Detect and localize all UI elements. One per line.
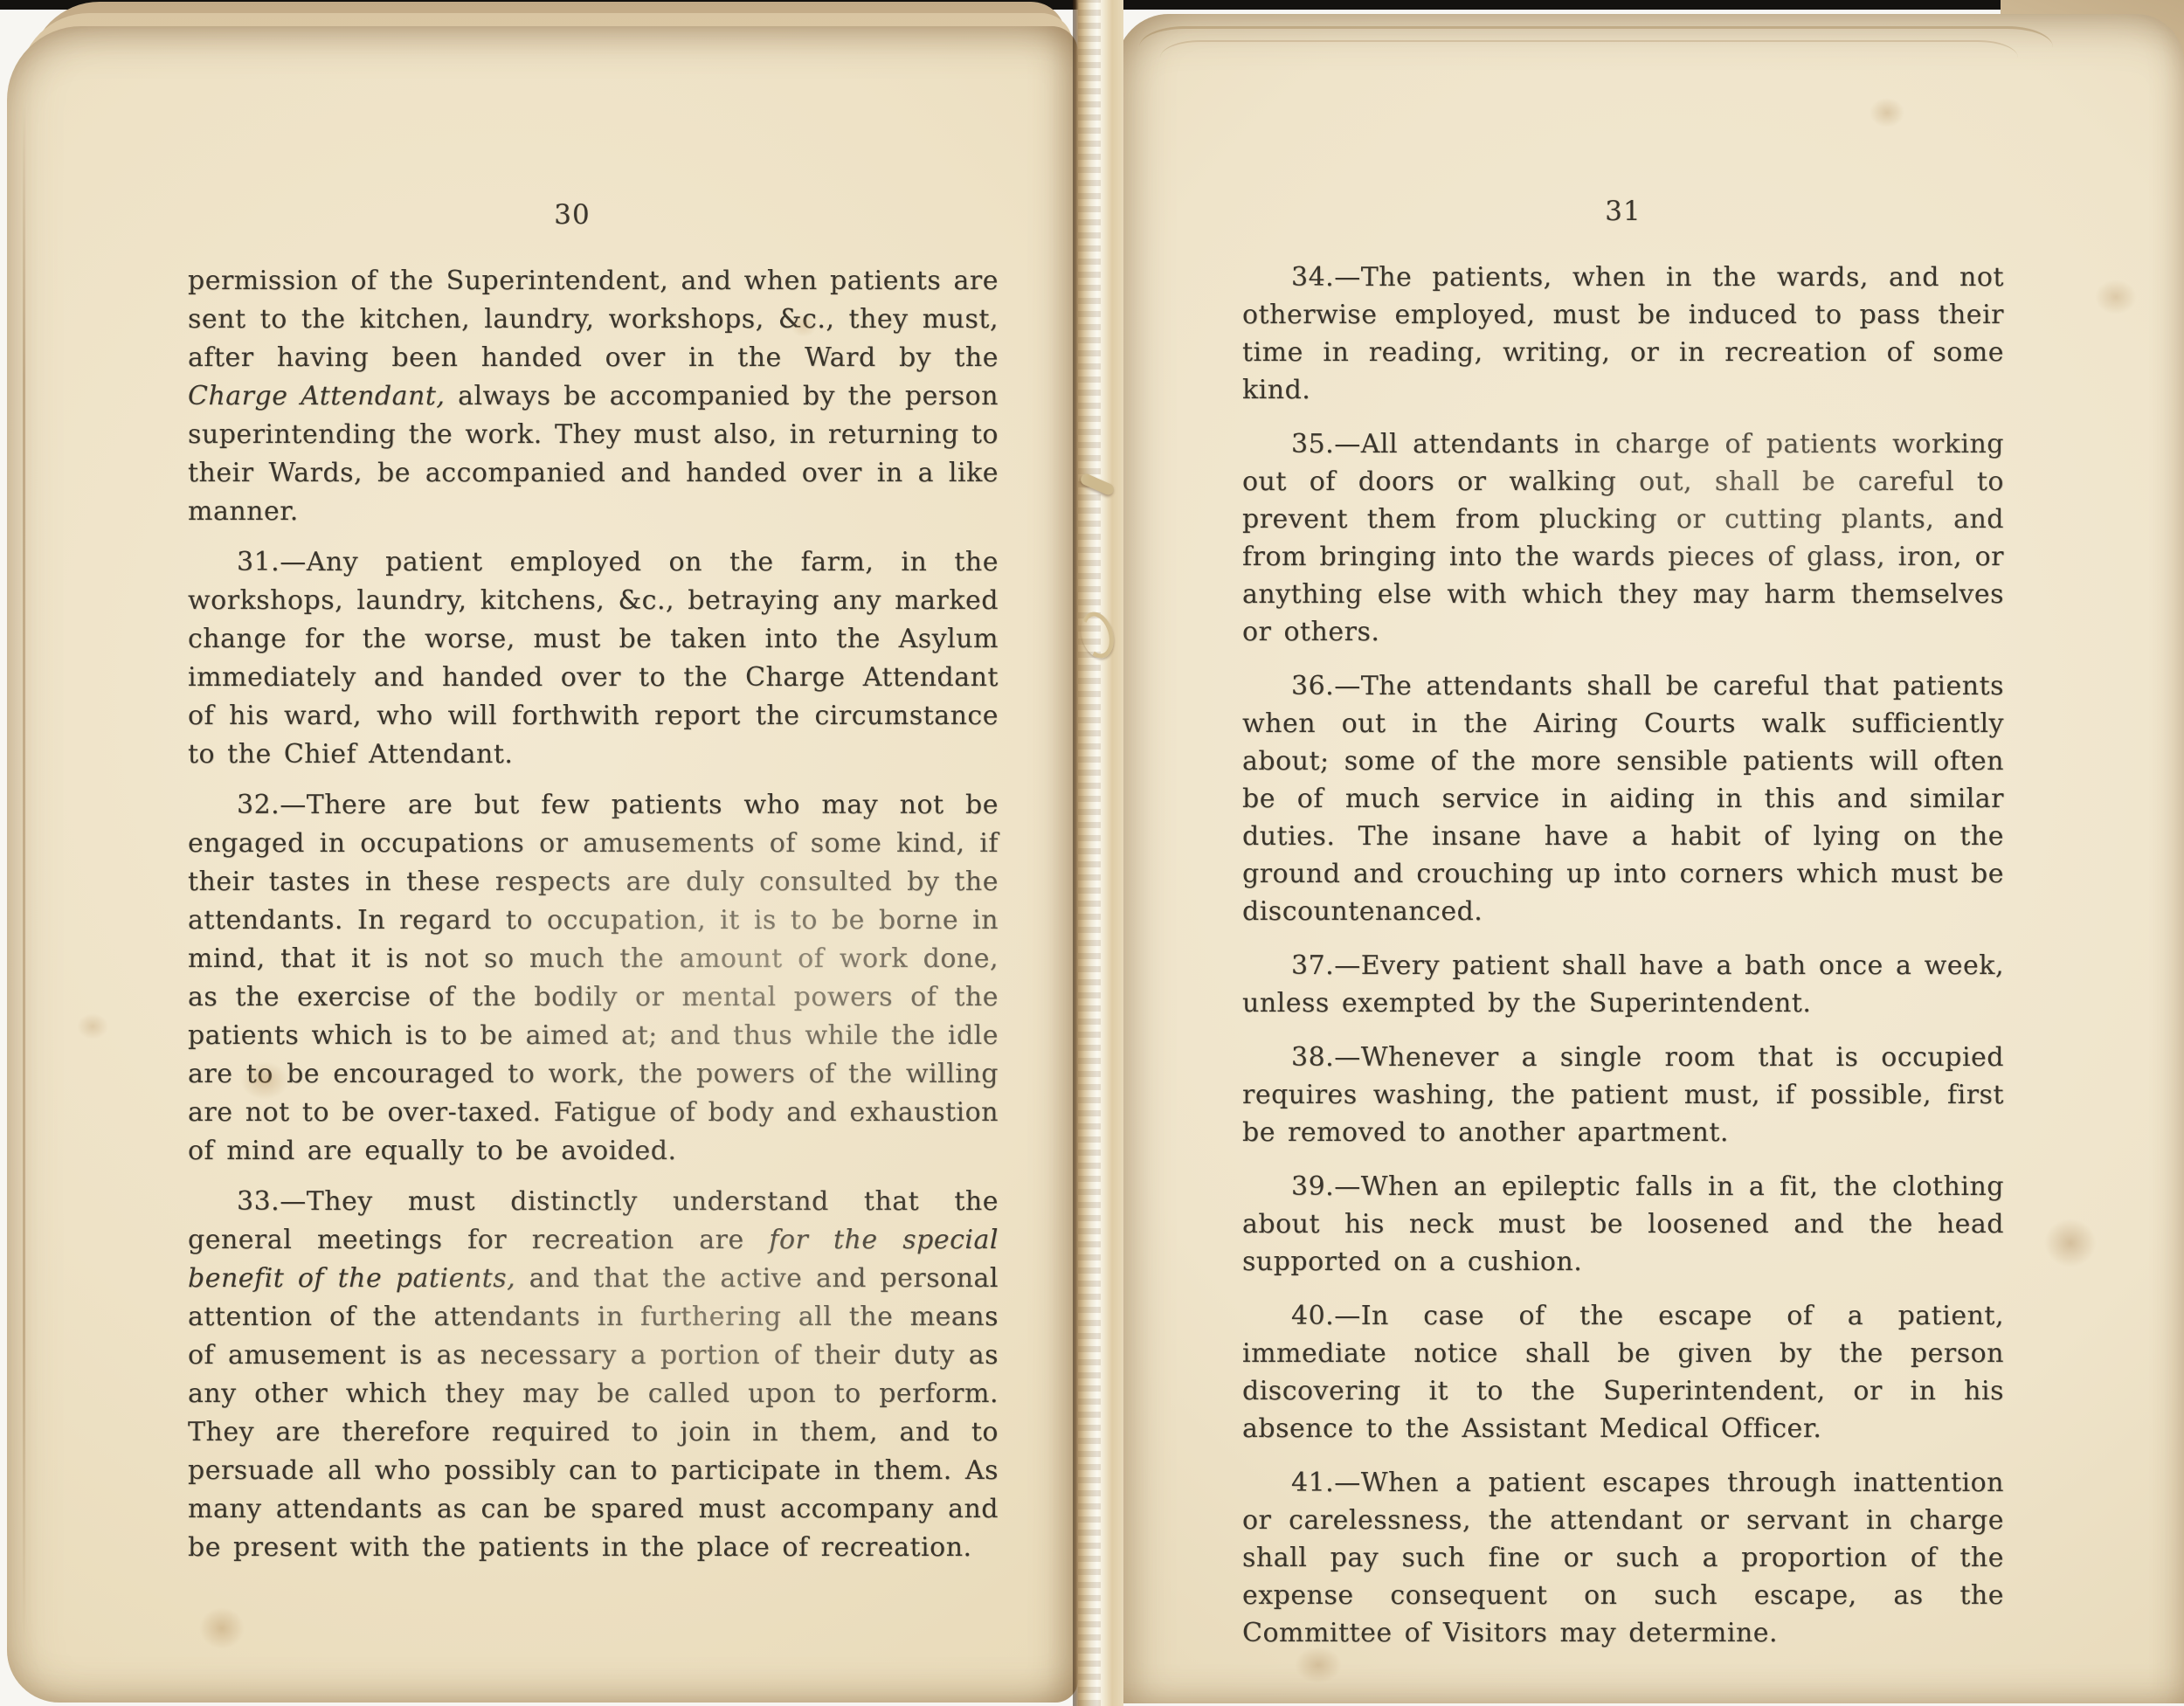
paragraph: 31.—Any patient employed on the farm, in… [188, 543, 999, 774]
italic-text: Charge Attendant, [188, 381, 445, 411]
text-segment: 31.—Any patient employed on the farm, in… [188, 547, 999, 770]
faded-print-overlay [376, 1188, 987, 1476]
text-segment: 40.—In case of the escape of a patient, … [1242, 1301, 2004, 1444]
paragraph: 38.—Whenever a single room that is occup… [1242, 1039, 2004, 1151]
paragraph: permission of the Superintendent, and wh… [188, 262, 999, 531]
page-number-right: 31 [1242, 196, 2004, 227]
book-gutter [1073, 0, 1123, 1706]
paragraph: 36.—The attendants shall be careful that… [1242, 667, 2004, 930]
paragraph: 41.—When a patient escapes through inatt… [1242, 1464, 2004, 1652]
text-segment: 41.—When a patient escapes through inatt… [1242, 1468, 2004, 1648]
text-segment: 37.—Every patient shall have a bath once… [1242, 950, 2004, 1019]
paragraph: 39.—When an epileptic falls in a fit, th… [1242, 1168, 2004, 1281]
faded-print-overlay [376, 812, 1022, 1188]
book-scan: { "colors":{ "scanner_background":"#f7f6… [0, 0, 2184, 1706]
text-segment: 38.—Whenever a single room that is occup… [1242, 1042, 2004, 1148]
text-segment: permission of the Superintendent, and wh… [188, 266, 999, 373]
faded-print-overlay [1529, 376, 2018, 603]
page-number-left: 30 [188, 199, 957, 231]
paragraph: 40.—In case of the escape of a patient, … [1242, 1297, 2004, 1447]
text-segment: 39.—When an epileptic falls in a fit, th… [1242, 1171, 2004, 1277]
paragraph: 37.—Every patient shall have a bath once… [1242, 947, 2004, 1022]
text-segment: 36.—The attendants shall be careful that… [1242, 671, 2004, 927]
